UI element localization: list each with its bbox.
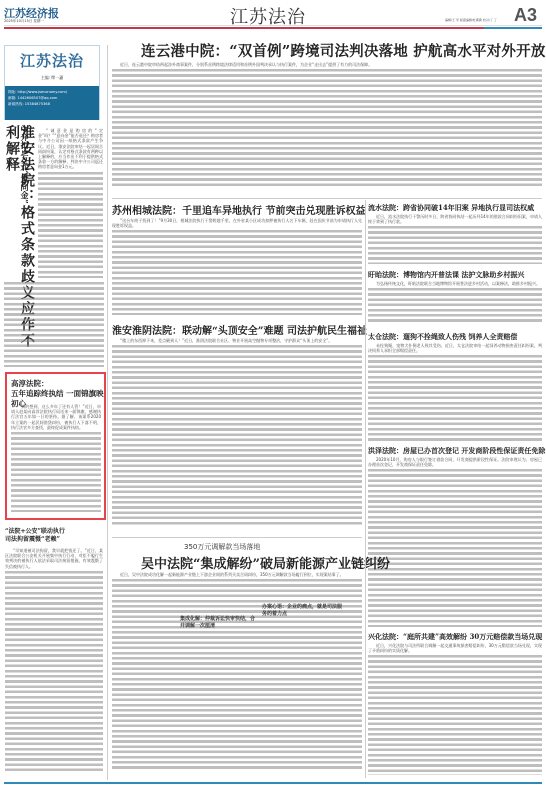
body-huaiyin: “楼上的东西掉下来，差点砸到人！”近日，淮阴法院联合社区、物业开展高空抛物专项整…	[112, 338, 362, 533]
body-taicang: 未拴狗绳，宠物犬扑倒老人致其受伤。近日，太仓法院审结一起饲养动物损害责任纠纷案，…	[368, 343, 542, 443]
headline-xuyi[interactable]: 盱眙法院：博物馆内开普法课 法护文脉助乡村振兴	[368, 270, 524, 280]
section-divider	[112, 537, 362, 538]
header-rule-blue	[484, 27, 542, 29]
contact-panel: 网址: http://www.jseconomy.com/ 邮箱: 144260…	[5, 86, 99, 120]
hotline: 新闻热线: 15384875368	[8, 101, 96, 107]
body-xuyi: 为弘扬传统文化，盱眙法院联合当地博物馆开展普法进乡村活动，以案释法，助推乡村振兴…	[368, 281, 542, 327]
header-divider	[4, 25, 542, 26]
masthead: 江苏经济报 2025年10月15日 星期一 江苏法治 编辑/王 学 版面编辑/杜…	[0, 0, 546, 30]
body-hongze: 2020年10月，购房人与银行签订借款合同，开发商提供阶段性保证。法院审理认为，…	[368, 457, 542, 627]
article-body-huaian: “诚意金是购房的“定金”吗？”“意向金”能否退还？购房者与中介公司因一纸格式条款…	[38, 128, 103, 278]
lead-headline[interactable]: 连云港中院：“双首例”跨境司法判决落地 护航高水平对外开放	[141, 40, 546, 61]
subhead-wuzhong-1: 集成化解：仲裁诉讼快审快结，合并调解一次厘清	[180, 615, 258, 629]
column-divider	[107, 45, 108, 780]
paper-date: 2025年10月15日 星期一	[4, 19, 44, 24]
body-xinghua: 近日，兴化法院与司法所联合调解一起交通事故损害赔偿纠纷，30万元赔偿款当场兑现，…	[368, 643, 542, 777]
section-brand-box: 江苏法治 主编: 缪一蕙 网址: http://www.jseconomy.co…	[4, 45, 100, 120]
headline-xinghua[interactable]: 兴化法院：“庭所共建”高效解纷 30万元赔偿款当场兑现	[368, 632, 542, 642]
headline-liushui[interactable]: 流水法院：跨省协同破14年旧案 异地执行显司法权威	[368, 203, 534, 213]
article-body-huaian-cont	[4, 282, 104, 367]
article-headline-police-link[interactable]: “法院+公安”联动执行 司法拘留震慑“老赖”	[5, 528, 65, 544]
kicker-wuzhong: 350万元调解款当场落地	[184, 542, 260, 552]
article-subhead-huaian: 中介扣1万元“意向金”	[20, 125, 29, 204]
headline-hongze[interactable]: 洪泽法院：房屋已办首次登记 开发商阶段性保证责任免除	[368, 446, 545, 456]
section-divider	[112, 198, 542, 199]
column-divider	[365, 200, 366, 778]
headline-huaiyin[interactable]: 淮安淮阴法院：联动解“头顶安全”难题 司法护航民生福祉	[112, 322, 367, 337]
headline-wuzhong[interactable]: 吴中法院“集成解纷”破局新能源产业链纠纷	[141, 553, 390, 572]
headline-taicang[interactable]: 太仓法院：遛狗不拴绳致人伤残 饲养人全责赔偿	[368, 332, 517, 342]
editor-credits: 编辑/王 学 版面编辑/杜鹃鹃 校对/丁 丁	[445, 18, 497, 22]
body-liushui: 近日，流水法院执行干警历时多日，跨省协同执结一起历经14年的借款合同纠纷旧案，申…	[368, 214, 542, 266]
brand-title: 江苏法治	[5, 50, 99, 71]
body-suzhou: “这台车终于找到了！”9月30日，相城法院执行干警跨越千里，在外省某小区成功扣押…	[112, 218, 362, 318]
footer-rule	[4, 782, 542, 784]
article-body-gaochun: “真的想到，这么多年了还有人管！”近日，申请人赵某向高淳法院执行局送来一面锦旗，…	[11, 404, 101, 516]
lead-body: 近日，连云港中院审结两起涉外商事案件，分别系首例跨境法律适用和首例外国判决承认与…	[112, 62, 542, 194]
page-number: A3	[514, 5, 537, 26]
subhead-wuzhong-2: 办案心语：企业的痛点，就是司法服务的着力点	[262, 603, 342, 617]
article-body-police-link: “早知道被司法拘留，我早就把钱还了。”近日，某区法院联合公安机关开展集中执行行动…	[5, 548, 103, 776]
header-rule-red	[4, 27, 484, 29]
headline-suzhou[interactable]: 苏州相城法院：千里追车异地执行 节前突击兑现胜诉权益	[112, 202, 365, 217]
chief-editor: 主编: 缪一蕙	[5, 75, 99, 81]
featured-article-gaochun[interactable]: 高淳法院： 五年追踪终执结 一面锦旗映初心 “真的想到，这么多年了还有人管！”近…	[5, 372, 106, 520]
